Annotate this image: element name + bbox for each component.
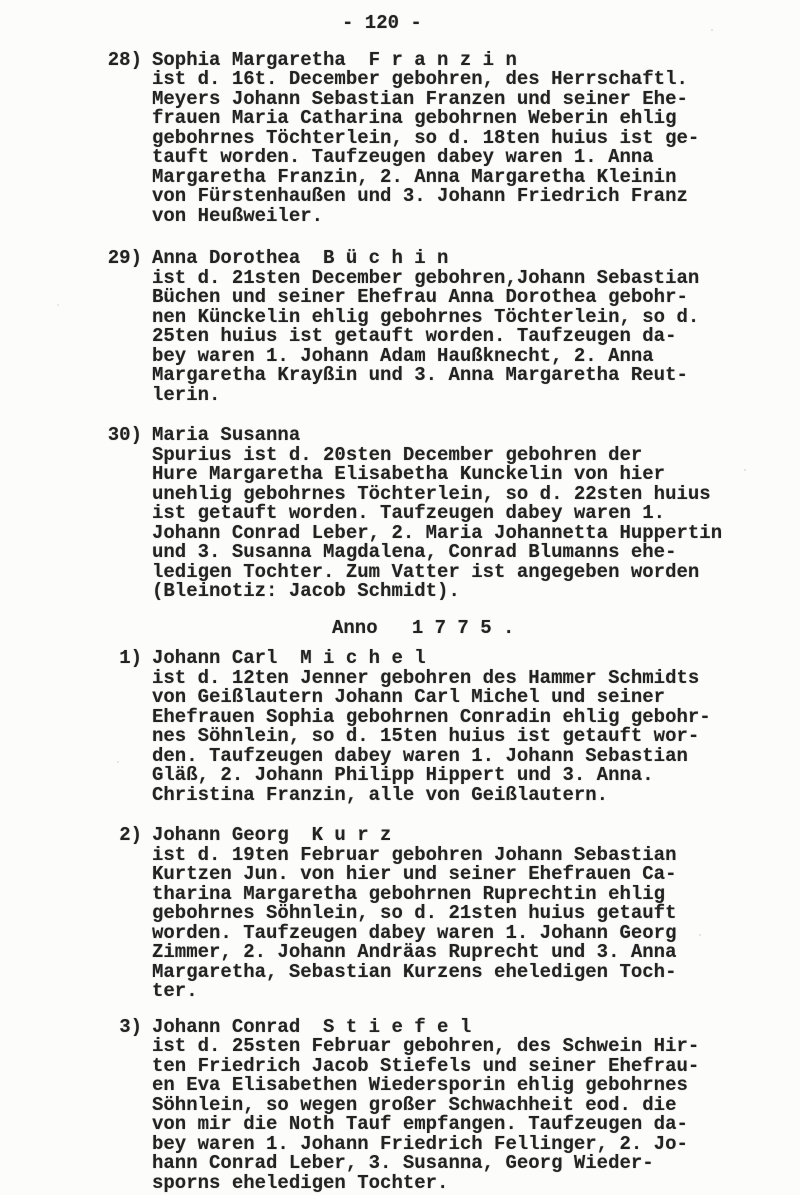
- entry-number: 1): [98, 649, 142, 669]
- entry-number: 3): [98, 1018, 142, 1038]
- baptism-entry-1: 1) Johann Carl M i c h e l ist d. 12ten …: [98, 649, 800, 805]
- entry-body: Johann Carl M i c h e l ist d. 12ten Jen…: [152, 649, 711, 805]
- entry-body: Maria Susanna Spurius ist d. 20sten Dece…: [152, 426, 722, 602]
- entry-body: Johann Conrad S t i e f e l ist d. 25ste…: [152, 1018, 699, 1194]
- entry-body: Johann Georg K u r z ist d. 19ten Februa…: [152, 826, 677, 1002]
- baptism-entry-29: 29) Anna Dorothea B ü c h i n ist d. 21s…: [98, 249, 800, 405]
- page-number: - 120 -: [342, 14, 422, 34]
- baptism-entry-2: 2) Johann Georg K u r z ist d. 19ten Feb…: [98, 826, 800, 1002]
- entry-number: 30): [98, 426, 142, 446]
- anno-1775-heading: Anno 1 7 7 5 .: [332, 619, 514, 639]
- baptism-entry-30: 30) Maria Susanna Spurius ist d. 20sten …: [98, 426, 800, 602]
- baptism-entry-3: 3) Johann Conrad S t i e f e l ist d. 25…: [98, 1018, 800, 1194]
- entries-1774-section: 28) Sophia Margaretha F r a n z i n ist …: [0, 51, 800, 602]
- document-page: - 120 - 28) Sophia Margaretha F r a n z …: [0, 0, 800, 1195]
- entry-number: 2): [98, 826, 142, 846]
- entry-body: Sophia Margaretha F r a n z i n ist d. 1…: [152, 51, 699, 227]
- baptism-entry-28: 28) Sophia Margaretha F r a n z i n ist …: [98, 51, 800, 227]
- entries-1775-section: 1) Johann Carl M i c h e l ist d. 12ten …: [0, 649, 800, 1193]
- entry-number: 29): [98, 249, 142, 269]
- entry-body: Anna Dorothea B ü c h i n ist d. 21sten …: [152, 249, 699, 405]
- entry-number: 28): [98, 51, 142, 71]
